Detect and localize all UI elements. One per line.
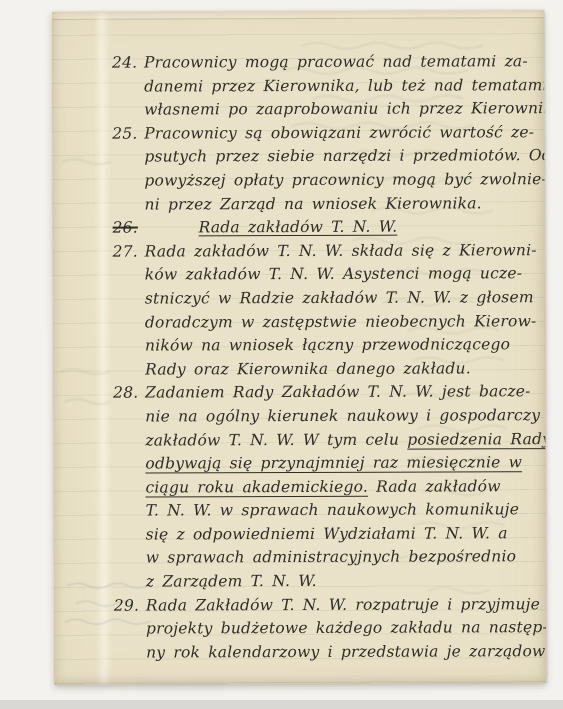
paragraph-number: 29. (114, 594, 139, 618)
paragraph: 24.Pracownicy mogą pracować nad tematami… (52, 50, 544, 122)
text-line: nie na ogólny kierunek naukowy i gospoda… (145, 404, 545, 429)
handwritten-text: w sprawach administracyjnych bezpośredni… (146, 548, 516, 567)
text-line: Pracownicy są obowiązani zwrócić wartość… (144, 121, 544, 146)
handwritten-text: nie na ogólny kierunek naukowy i gospoda… (145, 406, 540, 425)
text-line: własnemi po zaaprobowaniu ich przez Kier… (144, 97, 544, 122)
underlined-text: posiedzenia Rady (407, 430, 546, 449)
handwritten-text: T. N. W. w sprawach naukowych komunikuje (146, 501, 520, 520)
text-line: zakładów T. N. W. W tym celu posiedzenia… (145, 428, 545, 453)
handwritten-text: ny rok kalendarzowy i przedstawia je zar… (146, 642, 546, 661)
text-line: Zadaniem Rady Zakładów T. N. W. jest bac… (145, 380, 545, 405)
paragraph-number: 25. (112, 122, 137, 146)
handwritten-text: doradczym w zastępstwie nieobecnych Kier… (145, 312, 537, 331)
manuscript-text: 24.Pracownicy mogą pracować nad tematami… (52, 50, 546, 665)
underlined-text: ciągu roku akademickiego. (145, 477, 368, 496)
text-line: ków zakładów T. N. W. Asystenci mogą ucz… (145, 262, 545, 287)
text-line: psutych przez siebie narzędzi i przedmio… (144, 145, 544, 170)
text-line: ni przez Zarząd na wniosek Kierownika. (144, 192, 544, 217)
handwritten-text: psutych przez siebie narzędzi i przedmio… (144, 146, 546, 165)
text-line: ników na wniosek łączny przewodniczącego (145, 333, 545, 358)
paragraph-number: 27. (113, 240, 138, 264)
handwritten-text: Rady oraz Kierownika danego zakładu. (145, 359, 471, 378)
paragraph-number: 28. (113, 382, 138, 406)
handwritten-text: stniczyć w Radzie zakładów T. N. W. z gł… (145, 288, 534, 307)
text-line: T. N. W. w sprawach naukowych komunikuje (146, 498, 546, 523)
handwritten-text: własnemi po zaaprobowaniu ich przez Kier… (144, 99, 546, 118)
text-line: Pracownicy mogą pracować nad tematami za… (144, 50, 544, 75)
handwritten-text: ników na wniosek łączny przewodniczącego (145, 335, 510, 354)
text-line: odbywają się przynajmniej raz miesięczni… (145, 451, 545, 476)
underlined-text: odbywają się przynajmniej raz miesięczni… (145, 453, 522, 472)
text-line: Rada zakładów T. N. W. składa się z Kier… (145, 239, 545, 264)
text-line: Rada Zakładów T. N. W. rozpatruje i przy… (146, 593, 546, 618)
text-line: projekty budżetowe każdego zakładu na na… (146, 616, 546, 641)
scan-background: { "page": { "kind": "scanned handwritten… (0, 0, 563, 709)
paper-top-edge (52, 10, 544, 20)
handwritten-text: Rada Zakładów T. N. W. rozpatruje i przy… (146, 595, 540, 614)
text-line: powyższej opłaty pracownicy mogą być zwo… (144, 168, 544, 193)
text-line: w sprawach administracyjnych bezpośredni… (146, 546, 546, 571)
handwritten-text: powyższej opłaty pracownicy mogą być zwo… (144, 170, 546, 189)
text-line: z Zarządem T. N. W. (146, 569, 546, 594)
scanner-edge-strip (0, 700, 563, 709)
handwritten-text: zakładów T. N. W. W tym celu (145, 430, 407, 449)
handwritten-text: Pracownicy mogą pracować nad tematami za… (144, 52, 528, 71)
handwritten-text: Pracownicy są obowiązani zwrócić wartość… (144, 123, 534, 142)
paragraph: 27.Rada zakładów T. N. W. składa się z K… (53, 239, 545, 382)
text-line: się z odpowiedniemi Wydziałami T. N. W. … (146, 522, 546, 547)
paragraph: 26.Rada zakładów T. N. W. (53, 215, 545, 240)
text-line: danemi przez Kierownika, lub też nad tem… (144, 74, 544, 99)
handwritten-text: Zadaniem Rady Zakładów T. N. W. jest bac… (145, 383, 530, 402)
paragraph: 28.Zadaniem Rady Zakładów T. N. W. jest … (53, 380, 546, 594)
text-line: ciągu roku akademickiego. Rada zakładów (145, 475, 545, 500)
section-heading: Rada zakładów T. N. W. (199, 216, 398, 240)
handwritten-text: ni przez Zarząd na wniosek Kierownika. (144, 194, 481, 213)
handwritten-text: danemi przez Kierownika, lub też nad tem… (144, 76, 546, 95)
paper-sheet: 24.Pracownicy mogą pracować nad tematami… (52, 10, 546, 685)
paragraph: 25.Pracownicy są obowiązani zwrócić wart… (52, 121, 544, 217)
handwritten-text: projekty budżetowe każdego zakładu na na… (146, 618, 546, 637)
handwritten-text: ków zakładów T. N. W. Asystenci mogą ucz… (145, 265, 522, 284)
paragraph-number: 24. (112, 52, 137, 76)
handwritten-text: z Zarządem T. N. W. (146, 572, 317, 591)
text-line: ny rok kalendarzowy i przedstawia je zar… (146, 640, 546, 665)
text-line: stniczyć w Radzie zakładów T. N. W. z gł… (145, 286, 545, 311)
handwritten-text: Rada zakładów (368, 477, 501, 495)
text-line: doradczym w zastępstwie nieobecnych Kier… (145, 310, 545, 335)
paragraph-number: 26. (113, 217, 138, 241)
paragraph: 29.Rada Zakładów T. N. W. rozpatruje i p… (54, 593, 546, 665)
handwritten-text: Rada zakładów T. N. W. składa się z Kier… (145, 241, 537, 260)
handwritten-text: się z odpowiedniemi Wydziałami T. N. W. … (146, 524, 508, 543)
text-line: Rady oraz Kierownika danego zakładu. (145, 357, 545, 382)
